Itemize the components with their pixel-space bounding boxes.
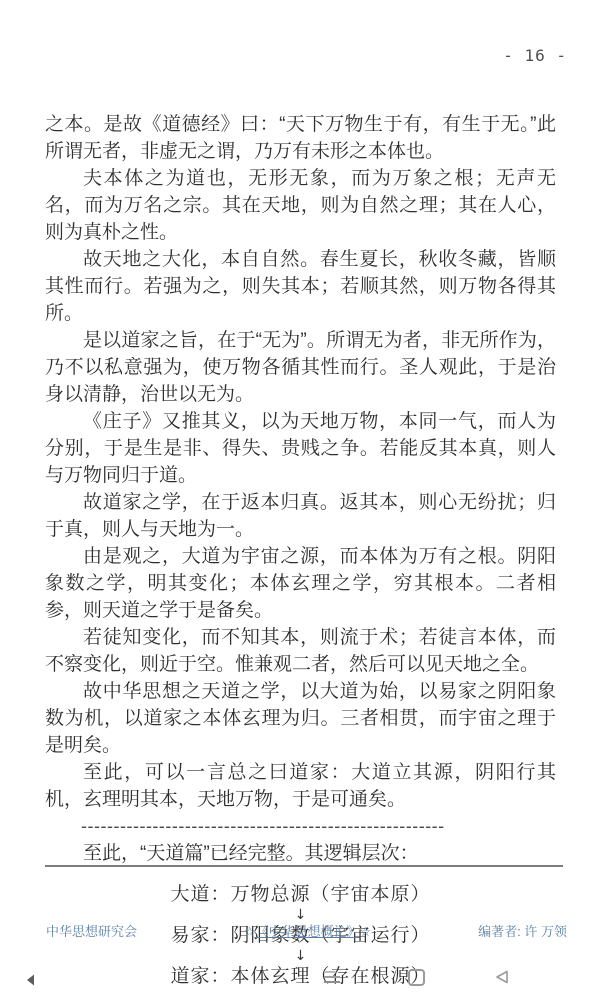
recents-icon[interactable] bbox=[324, 971, 340, 983]
footer-society: 中华思想研究会 bbox=[46, 921, 137, 940]
footer-divider bbox=[45, 865, 563, 867]
footer-book-link[interactable]: ☆《中华思想概论》☆ bbox=[244, 921, 371, 940]
page-footer: 中华思想研究会 ☆《中华思想概论》☆ 编著者: 许 万领 bbox=[46, 921, 567, 940]
paragraph: 是以道家之旨，在于“无为”。所谓无为者，非无所作为，乃不以私意强为，使万物各循其… bbox=[45, 327, 556, 408]
page-number: - 16 - bbox=[503, 46, 567, 65]
book-title-link[interactable]: 《中华思想概论》 bbox=[256, 924, 360, 939]
collapse-arrow-icon[interactable] bbox=[26, 973, 35, 991]
footer-author: 编著者: 许 万领 bbox=[478, 921, 567, 940]
paragraph: 由是观之，大道为宇宙之源，而本体为万有之根。阴阳象数之学，明其变化；本体玄理之学… bbox=[45, 543, 556, 624]
diagram-row-dadao: 大道：万物总源（宇宙本原） bbox=[45, 884, 556, 905]
closing-paragraph: 至此，“天道篇”已经完整。其逻辑层次： bbox=[45, 840, 556, 867]
star-icon: ☆ bbox=[360, 924, 372, 939]
paragraph: 若徒知变化，而不知其本，则流于术；若徒言本体，而不察变化，则近于空。惟兼观二者，… bbox=[45, 624, 556, 678]
paragraph: 故中华思想之天道之学，以大道为始，以易家之阴阳象数为机，以道家之本体玄理为归。三… bbox=[45, 678, 556, 759]
star-icon: ☆ bbox=[244, 924, 256, 939]
paragraph: 故道家之学，在于返本归真。返其本，则心无纷扰；归于真，则人与天地为一。 bbox=[45, 489, 556, 543]
reader-page: - 16 - 之本。是故《道德经》曰：“天下万物生于有，有生于无。”此所谓无者，… bbox=[0, 0, 600, 1000]
home-icon[interactable] bbox=[408, 969, 425, 986]
document-body: 之本。是故《道德经》曰：“天下万物生于有，有生于无。”此所谓无者，非虚无之谓，乃… bbox=[45, 111, 556, 987]
dashed-separator: ----------------------------------------… bbox=[45, 813, 556, 840]
back-icon[interactable] bbox=[494, 969, 509, 990]
paragraph: 夫本体之为道也，无形无象，而为万象之根；无声无名，而为万名之宗。其在天地，则为自… bbox=[45, 165, 556, 246]
paragraph: 至此，可以一言总之曰道家：大道立其源，阴阳行其机，玄理明其本，天地万物，于是可通… bbox=[45, 759, 556, 813]
system-navbar bbox=[0, 962, 600, 1000]
paragraph: 之本。是故《道德经》曰：“天下万物生于有，有生于无。”此所谓无者，非虚无之谓，乃… bbox=[45, 111, 556, 165]
paragraph: 故天地之大化，本自自然。春生夏长，秋收冬藏，皆顺其性而行。若强为之，则失其本；若… bbox=[45, 246, 556, 327]
paragraph: 《庄子》又推其义，以为天地万物，本同一气，而人为分别，于是生是非、得失、贵贱之争… bbox=[45, 408, 556, 489]
